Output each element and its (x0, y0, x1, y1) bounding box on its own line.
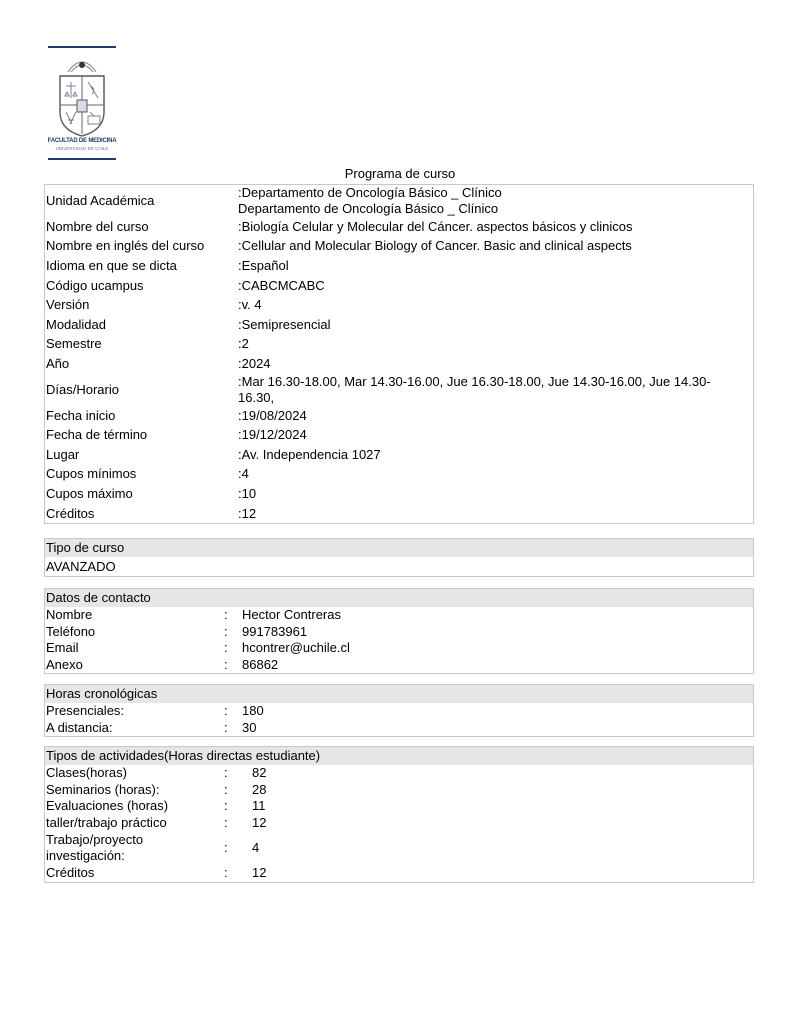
info-row: Nombre del curso:Biología Celular y Mole… (45, 217, 753, 237)
kv-label: Seminarios (horas): (45, 782, 224, 799)
kv-separator: : (224, 720, 242, 737)
info-label: Versión (45, 297, 238, 313)
kv-label: Nombre (45, 607, 224, 624)
kv-separator: : (224, 765, 252, 782)
kv-row: Nombre:Hector Contreras (45, 607, 753, 624)
info-value: :2024 (238, 356, 753, 372)
logo-caption-university: UNIVERSIDAD DE CHILE (46, 146, 118, 151)
info-row: Créditos:12 (45, 504, 753, 524)
kv-separator: : (224, 865, 252, 882)
info-value: :19/12/2024 (238, 427, 753, 443)
info-row: Cupos máximo:10 (45, 484, 753, 504)
activities-section: Tipos de actividades(Horas directas estu… (44, 746, 754, 883)
info-label: Idioma en que se dicta (45, 258, 238, 274)
info-row: Unidad Académica:Departamento de Oncolog… (45, 185, 753, 217)
info-value: :12 (238, 506, 753, 522)
info-value: :Av. Independencia 1027 (238, 447, 753, 463)
info-label: Fecha de término (45, 427, 238, 443)
info-value: :Español (238, 258, 753, 274)
info-value: :Biología Celular y Molecular del Cáncer… (238, 219, 753, 235)
info-label: Lugar (45, 447, 238, 463)
kv-row: taller/trabajo práctico:12 (45, 815, 753, 832)
info-label: Días/Horario (45, 382, 238, 398)
kv-label: Teléfono (45, 624, 224, 641)
info-row: Fecha de término:19/12/2024 (45, 425, 753, 445)
info-value: :Semipresencial (238, 317, 753, 333)
info-label: Créditos (45, 506, 238, 522)
info-row: Fecha inicio:19/08/2024 (45, 406, 753, 426)
info-label: Cupos mínimos (45, 466, 238, 482)
info-row: Días/Horario:Mar 16.30-18.00, Mar 14.30-… (45, 374, 753, 406)
coat-of-arms-icon (46, 50, 118, 142)
info-value: :4 (238, 466, 753, 482)
info-value: :v. 4 (238, 297, 753, 313)
kv-row: Presenciales::180 (45, 703, 753, 720)
course-type-value: AVANZADO (45, 557, 753, 576)
kv-label: Email (45, 640, 224, 657)
kv-separator: : (224, 657, 242, 674)
info-value: :CABCMCABC (238, 278, 753, 294)
course-type-header: Tipo de curso (45, 539, 753, 557)
kv-value: 991783961 (242, 624, 753, 641)
kv-separator: : (224, 815, 252, 832)
info-row: Cupos mínimos:4 (45, 465, 753, 485)
info-label: Año (45, 356, 238, 372)
kv-value: 86862 (242, 657, 753, 674)
logo-top-rule (48, 46, 116, 48)
faculty-logo: FACULTAD DE MEDICINA UNIVERSIDAD DE CHIL… (46, 46, 118, 160)
kv-row: A distancia::30 (45, 720, 753, 737)
hours-section: Horas cronológicas Presenciales::180A di… (44, 684, 754, 737)
kv-value: 82 (252, 765, 753, 782)
kv-value: 180 (242, 703, 753, 720)
kv-label: Evaluaciones (horas) (45, 798, 224, 815)
kv-row: Email:hcontrer@uchile.cl (45, 640, 753, 657)
kv-separator: : (224, 782, 252, 799)
kv-value: 12 (252, 865, 753, 882)
kv-row: Créditos:12 (45, 865, 753, 882)
info-label: Unidad Académica (45, 193, 238, 209)
info-label: Cupos máximo (45, 486, 238, 502)
info-value: :Mar 16.30-18.00, Mar 14.30-16.00, Jue 1… (238, 374, 753, 406)
kv-value: 30 (242, 720, 753, 737)
info-value: :19/08/2024 (238, 408, 753, 424)
kv-value: 11 (252, 798, 753, 815)
kv-separator: : (224, 703, 242, 720)
kv-value: 28 (252, 782, 753, 799)
info-label: Código ucampus (45, 278, 238, 294)
kv-label: Presenciales: (45, 703, 224, 720)
info-row: Lugar:Av. Independencia 1027 (45, 445, 753, 465)
info-row: Modalidad:Semipresencial (45, 315, 753, 335)
info-label: Nombre del curso (45, 219, 238, 235)
kv-label: Clases(horas) (45, 765, 224, 782)
info-row: Nombre en inglés del curso:Cellular and … (45, 237, 753, 257)
course-type-section: Tipo de curso AVANZADO (44, 538, 754, 577)
info-value: :Departamento de Oncología Básico _ Clín… (238, 185, 753, 217)
kv-label: Trabajo/proyecto investigación: (45, 832, 156, 864)
kv-row: Seminarios (horas)::28 (45, 782, 753, 799)
kv-label: A distancia: (45, 720, 224, 737)
kv-separator: : (224, 840, 252, 857)
kv-separator: : (224, 607, 242, 624)
activities-header: Tipos de actividades(Horas directas estu… (45, 747, 753, 765)
contact-header: Datos de contacto (45, 589, 753, 607)
hours-header: Horas cronológicas (45, 685, 753, 703)
info-value: :10 (238, 486, 753, 502)
info-row: Versión:v. 4 (45, 295, 753, 315)
document-title: Programa de curso (0, 166, 800, 181)
course-general-info: Unidad Académica:Departamento de Oncolog… (44, 184, 754, 524)
logo-bottom-rule (48, 158, 116, 160)
kv-value: 12 (252, 815, 753, 832)
info-row: Idioma en que se dicta:Español (45, 256, 753, 276)
kv-separator: : (224, 798, 252, 815)
kv-row: Trabajo/proyecto investigación::4 (45, 831, 753, 865)
kv-label: Créditos (45, 865, 224, 882)
info-label: Fecha inicio (45, 408, 238, 424)
info-row: Semestre:2 (45, 335, 753, 355)
kv-value: Hector Contreras (242, 607, 753, 624)
kv-label: taller/trabajo práctico (45, 815, 224, 832)
info-row: Código ucampus:CABCMCABC (45, 276, 753, 296)
info-value: :2 (238, 336, 753, 352)
logo-caption-faculty: FACULTAD DE MEDICINA (46, 138, 118, 144)
kv-row: Evaluaciones (horas):11 (45, 798, 753, 815)
kv-value: hcontrer@uchile.cl (242, 640, 753, 657)
contact-section: Datos de contacto Nombre:Hector Contrera… (44, 588, 754, 674)
info-row: Año:2024 (45, 354, 753, 374)
info-label: Nombre en inglés del curso (45, 238, 238, 254)
kv-row: Clases(horas):82 (45, 765, 753, 782)
kv-row: Teléfono:991783961 (45, 624, 753, 641)
kv-separator: : (224, 640, 242, 657)
info-label: Semestre (45, 336, 238, 352)
kv-separator: : (224, 624, 242, 641)
kv-label: Anexo (45, 657, 224, 674)
kv-value: 4 (252, 840, 753, 857)
info-label: Modalidad (45, 317, 238, 333)
info-value: :Cellular and Molecular Biology of Cance… (238, 238, 753, 254)
kv-row: Anexo:86862 (45, 657, 753, 674)
